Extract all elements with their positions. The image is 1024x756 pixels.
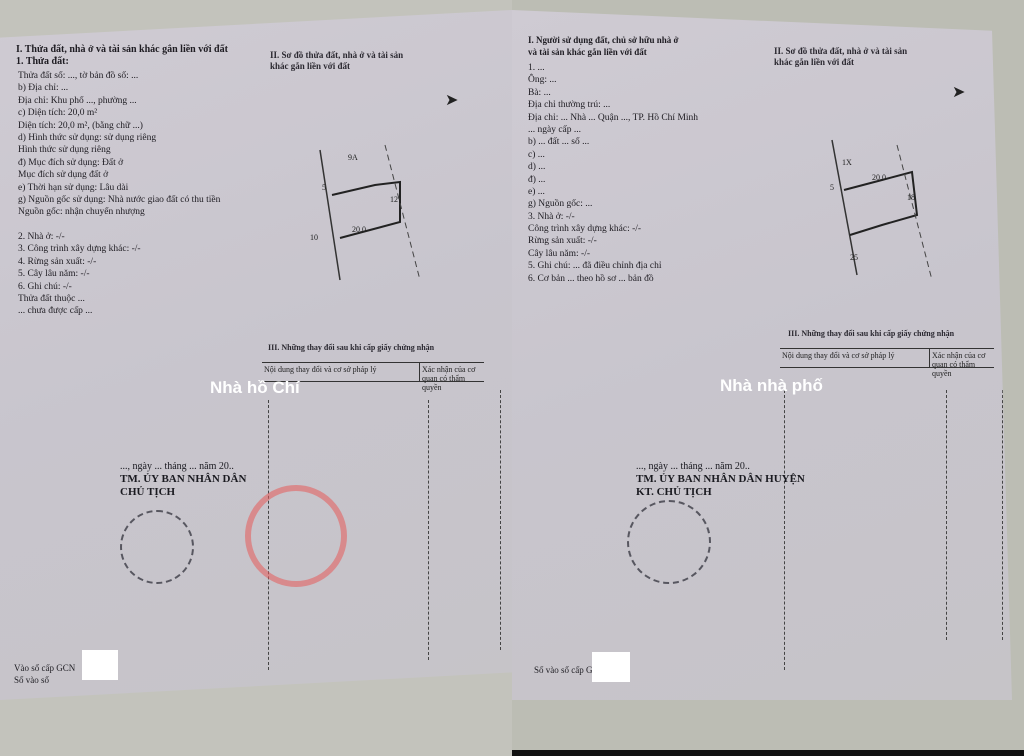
diagram-label: 10 xyxy=(310,233,318,242)
right-diagram-header: II. Sơ đồ thửa đất, nhà ở và tài sản khá… xyxy=(774,46,907,68)
text-line: Bà: ... xyxy=(528,87,698,99)
text-line: 5. Cây lâu năm: -/- xyxy=(18,268,220,280)
text-line: Diện tích: 20,0 m², (bằng chữ ...) xyxy=(18,120,220,132)
north-arrow-icon: ➤ xyxy=(952,82,965,102)
text-line xyxy=(18,219,220,231)
diagram-label: 9A xyxy=(348,153,358,162)
redaction-box xyxy=(592,652,630,682)
text-line: e) ... xyxy=(528,186,698,198)
text-line: Nguồn gốc: nhận chuyển nhượng xyxy=(18,206,220,218)
right-header-line: I. Người sử dụng đất, chủ sở hữu nhà ở xyxy=(528,34,678,46)
table-border xyxy=(1002,390,1003,640)
issuing-authority: TM. ỦY BAN NHÂN DÂN HUYỆN xyxy=(636,473,805,486)
issuing-title: KT. CHỦ TỊCH xyxy=(636,486,805,499)
text-line: Địa chỉ thường trú: ... xyxy=(528,99,698,111)
text-line: đ) ... xyxy=(528,174,698,186)
left-diagram-header: II. Sơ đồ thửa đất, nhà ở và tài sản khá… xyxy=(270,50,403,72)
official-seal xyxy=(120,510,194,584)
table-column-header: Xác nhận của cơ quan có thẩm quyền xyxy=(419,363,484,381)
left-header: I. Thửa đất, nhà ở và tài sản khác gắn l… xyxy=(16,44,228,69)
footer-line: Số vào sổ xyxy=(14,674,75,686)
right-header: I. Người sử dụng đất, chủ sở hữu nhà ở v… xyxy=(528,34,678,59)
right-parcel-diagram: 1X 20.0 18 5 25 xyxy=(812,130,942,290)
issuing-authority: TM. ỦY BAN NHÂN DÂN xyxy=(120,473,246,486)
diagram-label: 12 xyxy=(390,195,398,204)
diagram-label: 18 xyxy=(907,193,915,202)
right-body-text: 1. ...Ông: ...Bà: ...Địa chỉ thường trú:… xyxy=(528,62,698,285)
text-line: Ông: ... xyxy=(528,74,698,86)
text-line: e) Thời hạn sử dụng: Lâu dài xyxy=(18,182,220,194)
text-line: ... chưa được cấp ... xyxy=(18,305,220,317)
text-line: c) Diện tích: 20,0 m² xyxy=(18,107,220,119)
text-line: Mục đích sử dụng đất ở xyxy=(18,169,220,181)
red-seal xyxy=(245,485,347,587)
text-line: g) Nguồn gốc sử dụng: Nhà nước giao đất … xyxy=(18,194,220,206)
text-line: 6. Cơ bản ... theo hồ sơ ... bản đồ xyxy=(528,273,698,285)
left-header-line: I. Thửa đất, nhà ở và tài sản khác gắn l… xyxy=(16,44,228,56)
official-seal xyxy=(627,500,711,584)
text-line: Thửa đất thuộc ... xyxy=(18,293,220,305)
right-table-header: III. Những thay đổi sau khi cấp giấy chứ… xyxy=(788,328,954,339)
text-line: 6. Ghi chú: -/- xyxy=(18,281,220,293)
text-line: b) ... đất ... số ... xyxy=(528,136,698,148)
text-line: d) ... xyxy=(528,161,698,173)
right-header-line: và tài sản khác gắn liền với đất xyxy=(528,46,678,58)
right-changes-table: Nội dung thay đổi và cơ sở pháp lý Xác n… xyxy=(780,348,994,368)
right-certificate-photo: I. Người sử dụng đất, chủ sở hữu nhà ở v… xyxy=(512,0,1024,756)
redaction-box xyxy=(82,650,118,680)
table-header-row: Nội dung thay đổi và cơ sở pháp lý Xác n… xyxy=(780,349,994,368)
text-line: Hình thức sử dụng riêng xyxy=(18,144,220,156)
footer-line: Vào sổ cấp GCN xyxy=(14,662,75,674)
table-column-header: Nội dung thay đổi và cơ sở pháp lý xyxy=(780,349,929,367)
issue-date: ..., ngày ... tháng ... năm 20.. xyxy=(120,460,246,473)
north-arrow-icon: ➤ xyxy=(445,90,458,110)
text-line: đ) Mục đích sử dụng: Đất ở xyxy=(18,157,220,169)
diagram-label: 20.0 xyxy=(872,173,886,182)
diagram-label: 20.0 xyxy=(352,225,366,234)
text-line: ... ngày cấp ... xyxy=(528,124,698,136)
diagram-label: 5 xyxy=(830,183,834,192)
text-line: 4. Rừng sản xuất: -/- xyxy=(18,256,220,268)
watermark-text: Nhà hồ Chí xyxy=(210,378,300,398)
diagram-label: 25 xyxy=(850,253,858,262)
left-certificate-photo: I. Thửa đất, nhà ở và tài sản khác gắn l… xyxy=(0,0,512,756)
left-certificate-page: I. Thửa đất, nhà ở và tài sản khác gắn l… xyxy=(0,10,512,700)
right-issue-block: ..., ngày ... tháng ... năm 20.. TM. ỦY … xyxy=(636,460,805,499)
table-border xyxy=(946,390,947,640)
text-line: b) Địa chỉ: ... xyxy=(18,82,220,94)
text-line: 3. Nhà ở: -/- xyxy=(528,211,698,223)
text-line: Cây lâu năm: -/- xyxy=(528,248,698,260)
left-footer: Vào sổ cấp GCN Số vào sổ xyxy=(14,662,75,687)
left-body-text: Thửa đất số: ..., tờ bản đồ số: ...b) Đị… xyxy=(18,70,220,318)
left-header-line: 1. Thửa đất: xyxy=(16,56,228,68)
text-line: 2. Nhà ở: -/- xyxy=(18,231,220,243)
left-table-header: III. Những thay đổi sau khi cấp giấy chứ… xyxy=(268,342,434,353)
issue-date: ..., ngày ... tháng ... năm 20.. xyxy=(636,460,805,473)
right-certificate-page: I. Người sử dụng đất, chủ sở hữu nhà ở v… xyxy=(512,10,1012,700)
diagram-header-line: II. Sơ đồ thửa đất, nhà ở và tài sản xyxy=(270,50,403,61)
text-line: 1. ... xyxy=(528,62,698,74)
diagram-label: 1X xyxy=(842,158,852,167)
left-parcel-diagram: 9A 20.0 12 5 10 xyxy=(300,140,430,290)
watermark-text: Nhà nhà phố xyxy=(720,376,823,396)
issuing-title: CHỦ TỊCH xyxy=(120,486,246,499)
text-line: Địa chỉ: Khu phố ..., phường ... xyxy=(18,95,220,107)
table-border xyxy=(500,390,501,650)
diagram-label: 5 xyxy=(322,183,326,192)
table-border xyxy=(784,390,785,670)
text-line: 5. Ghi chú: ... đã điều chỉnh địa chỉ xyxy=(528,260,698,272)
text-line: d) Hình thức sử dụng: sử dụng riêng xyxy=(18,132,220,144)
text-line: 3. Công trình xây dựng khác: -/- xyxy=(18,243,220,255)
diagram-header-line: II. Sơ đồ thửa đất, nhà ở và tài sản xyxy=(774,46,907,57)
text-line: Rừng sản xuất: -/- xyxy=(528,235,698,247)
diagram-header-line: khác gắn liền với đất xyxy=(774,57,907,68)
text-line: Địa chỉ: ... Nhà ... Quận ..., TP. Hồ Ch… xyxy=(528,112,698,124)
table-column-header: Xác nhận của cơ quan có thẩm quyền xyxy=(929,349,994,367)
text-line: Thửa đất số: ..., tờ bản đồ số: ... xyxy=(18,70,220,82)
left-issue-block: ..., ngày ... tháng ... năm 20.. TM. ỦY … xyxy=(120,460,246,499)
text-line: Công trình xây dựng khác: -/- xyxy=(528,223,698,235)
text-line: g) Nguồn gốc: ... xyxy=(528,198,698,210)
table-border xyxy=(428,400,429,660)
photo-edge xyxy=(512,750,1024,756)
text-line: c) ... xyxy=(528,149,698,161)
diagram-header-line: khác gắn liền với đất xyxy=(270,61,403,72)
